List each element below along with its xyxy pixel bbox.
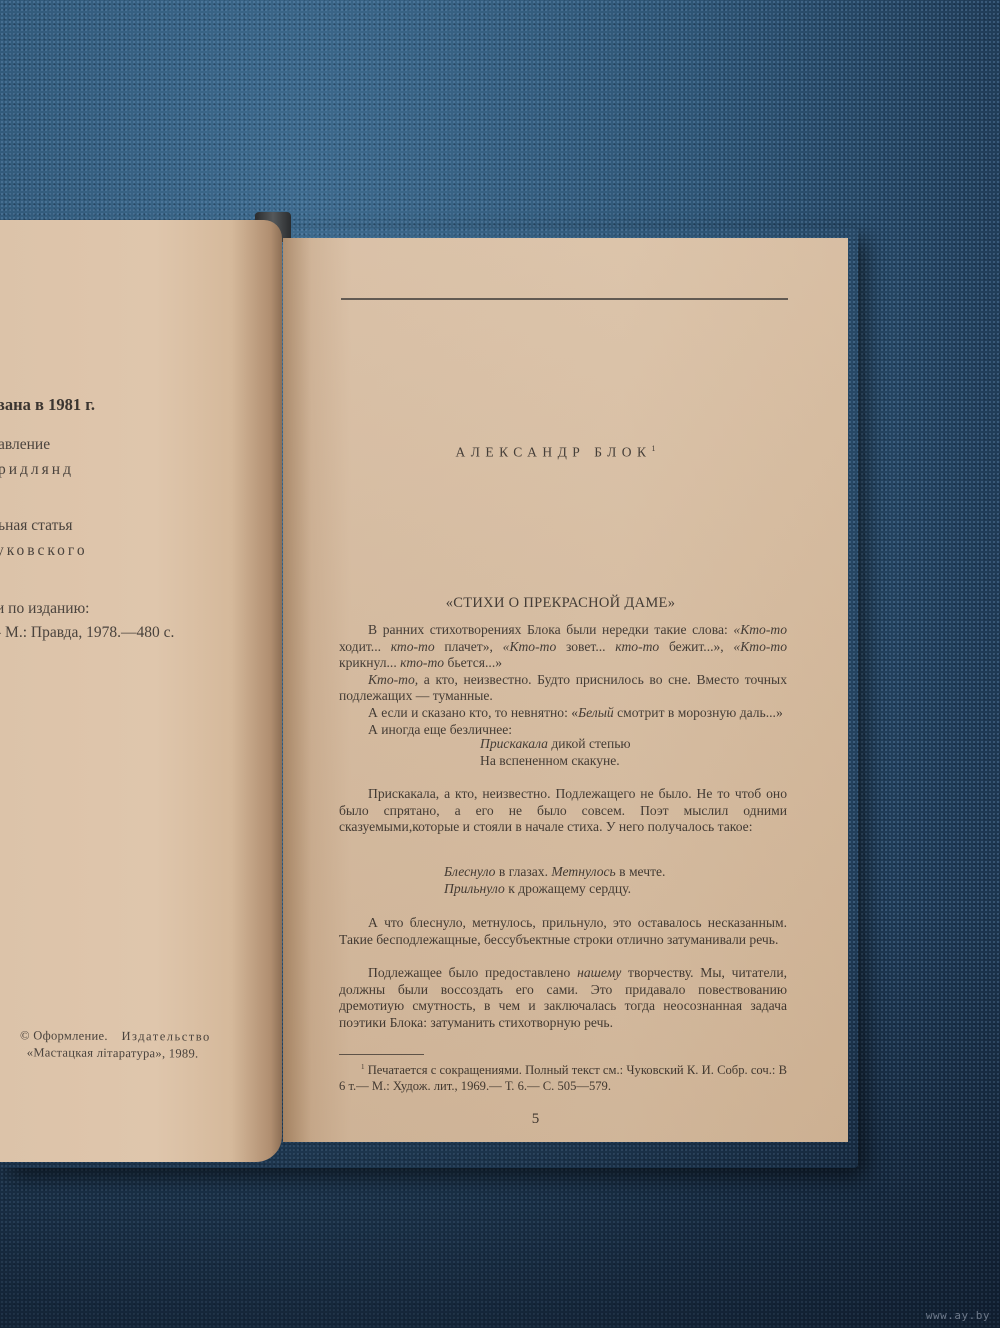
paragraph: А что блеснуло, метнулось, прильнуло, эт… <box>339 915 787 948</box>
paragraph: Кто-то, а кто, неизвестно. Будто приснил… <box>339 672 787 705</box>
paragraphs-2: Прискакала, а кто, неизвестно. Подлежаще… <box>339 786 787 836</box>
left-page: вана в 1981 г. авление ридлянд ьная стат… <box>0 220 282 1162</box>
compiler-name: ридлянд <box>0 457 216 482</box>
footnote: 1 Печатается с сокращениями. Полный текс… <box>339 1060 787 1094</box>
verse-2: Блеснуло в глазах. Метнулось в мечте.При… <box>444 864 665 897</box>
section-title: «СТИХИ О ПРЕКРАСНОЙ ДАМЕ» <box>283 595 838 612</box>
print-year-line: вана в 1981 г. <box>0 392 216 417</box>
paragraph: Подлежащее было предоставлено нашему тво… <box>339 965 787 1031</box>
author-heading: АЛЕКСАНДР БЛОК1 <box>283 444 828 461</box>
paragraphs-4: Подлежащее было предоставлено нашему тво… <box>339 965 787 1031</box>
paragraph: Прискакала, а кто, неизвестно. Подлежаще… <box>339 786 787 836</box>
page-number: 5 <box>283 1111 788 1128</box>
verse-line: Прискакала дикой степью <box>480 736 631 753</box>
verse-line: Прильнуло к дрожащему сердцу. <box>444 881 665 898</box>
verse-1: Прискакала дикой степьюНа вспененном ска… <box>480 736 631 769</box>
intro-author: уковского <box>0 538 216 563</box>
paragraphs-1: В ранних стихотворениях Блока были неред… <box>339 622 787 738</box>
paragraph: А если и сказано кто, то невнятно: «Белы… <box>339 705 787 722</box>
watermark: www.ay.by <box>926 1309 990 1322</box>
compiler-label: авление <box>0 432 216 457</box>
copyright-design: © Оформление. <box>20 1028 108 1043</box>
header-rule <box>341 298 788 300</box>
source-edition-label: и по изданию: <box>0 596 216 621</box>
footnote-marker: 1 <box>652 444 656 453</box>
copyright-publisher: «Мастацкая літаратура», 1989. <box>27 1045 199 1060</box>
copyright-publisher-label: Издательство <box>121 1029 210 1044</box>
intro-label: ьная статья <box>0 513 216 538</box>
right-page: АЛЕКСАНДР БЛОК1 «СТИХИ О ПРЕКРАСНОЙ ДАМЕ… <box>283 238 848 1142</box>
verse-line: На вспененном скакуне. <box>480 753 631 770</box>
footnote-rule <box>339 1054 424 1055</box>
paragraph: В ранних стихотворениях Блока были неред… <box>339 622 787 672</box>
verse-line: Блеснуло в глазах. Метнулось в мечте. <box>444 864 665 881</box>
paragraphs-3: А что блеснуло, метнулось, прильнуло, эт… <box>339 915 787 948</box>
copyright-notice: © Оформление. Издательство «Мастацкая лі… <box>20 1027 211 1062</box>
source-edition: - М.: Правда, 1978.—480 с. <box>0 620 216 645</box>
